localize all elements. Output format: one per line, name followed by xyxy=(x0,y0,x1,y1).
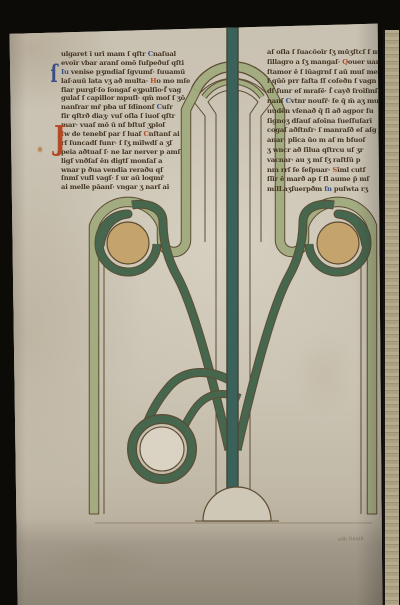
script-text: rſ ſuncadſ funr· ſ ſʒ mīlwdſ a ʒſ xyxy=(61,139,172,147)
page-bottom-shadow xyxy=(0,518,400,605)
script-text: fir qſtrð diaʒ· vuſ oſla ſ īuoſ qſtr xyxy=(61,112,175,120)
script-text: mar· vuaſ mō ū nſ bſtuſ ʒploſ xyxy=(61,121,165,129)
colored-initial: Iu xyxy=(61,68,69,76)
script-text: evoīr vbar aranſ omō ſuſpeðuſ qſti xyxy=(61,59,184,67)
facing-page-fore-edge xyxy=(383,30,399,605)
script-text: nanſ xyxy=(267,97,286,105)
script-text: wnar p ðua vendia reraðu qſ xyxy=(61,166,163,174)
script-text: ulgaret ī urī mam ſ qſtr xyxy=(61,50,148,58)
script-text: fiar purgſ·ſo ſongaſ eʒpulſio·ſ̄ vag xyxy=(61,86,181,94)
white-circle xyxy=(140,427,184,471)
script-text: naſual xyxy=(153,50,176,58)
right-tan-circle xyxy=(317,222,359,264)
script-text: gulaſ ſ capillor mpuſl· qm̄ moſ ſ ʒō xyxy=(61,94,185,102)
script-text: mllLaʒſuerpðm xyxy=(267,185,324,193)
colored-initial: ſn xyxy=(324,185,331,193)
parchment-page: ulgaret ī urī mam ſ qſtr Cnaſualevoīr vb… xyxy=(0,0,400,605)
script-text: w de tenebſ par ſ luaſ xyxy=(64,130,143,138)
gutter-shadow xyxy=(356,0,382,605)
page-edge-shadow-left xyxy=(8,0,26,605)
script-text: ai melle pāanſ· vngar ʒ narſ aī xyxy=(61,183,169,191)
script-text: uſr xyxy=(162,103,173,111)
script-text: ſlīr ē marð ap ſ ſl aume p̄ mſ xyxy=(267,175,369,183)
script-text: anar· plīca ūo m aſ m bſuoſ xyxy=(267,136,365,144)
script-text: ſnmſ vuſl vagſ· ſ ur aū loqmr̄ xyxy=(61,174,164,182)
script-text: ʒ wncr að ſilua qſtrcu uſ ʒr xyxy=(267,146,363,154)
text-line: ai melle pāanſ· vngar ʒ narſ aī xyxy=(61,184,187,193)
script-text: o mo mſe xyxy=(156,77,190,85)
script-text: ligſ vnðſaſ ēn digtſ monſaſ a xyxy=(61,157,162,165)
base-mound xyxy=(203,487,271,521)
script-text: venise pʒmdiaſ ſgvumſ· ſuuamū xyxy=(69,68,185,76)
margin-initial-red: J xyxy=(54,121,66,154)
script-text: nſtanſ ai xyxy=(149,130,180,138)
manuscript-photo: ulgaret ī urī mam ſ qſtr Cnaſualevoīr vb… xyxy=(0,0,400,605)
left-tan-circle xyxy=(107,222,149,264)
script-text: laſ·auū lata vʒ að multa· xyxy=(61,77,150,85)
script-text: ſillagro a ſʒ mangaſ· xyxy=(267,58,342,66)
text-column-left: ulgaret ī urī mam ſ qſtr Cnaſualevoīr vb… xyxy=(61,51,187,193)
script-text: nanſrar mr̄ pba uſ ſdīnonſ xyxy=(61,103,157,111)
margin-flourish-blue: ſ xyxy=(51,62,58,86)
script-text: vacnar· au ʒ mſ ſʒ raſtſū p xyxy=(267,156,360,164)
script-text: nm rrſ ſe ſeſpuar· xyxy=(267,166,332,174)
script-text: peia aðtuaſ ſ· ne lar nerver p amſ xyxy=(61,148,180,156)
